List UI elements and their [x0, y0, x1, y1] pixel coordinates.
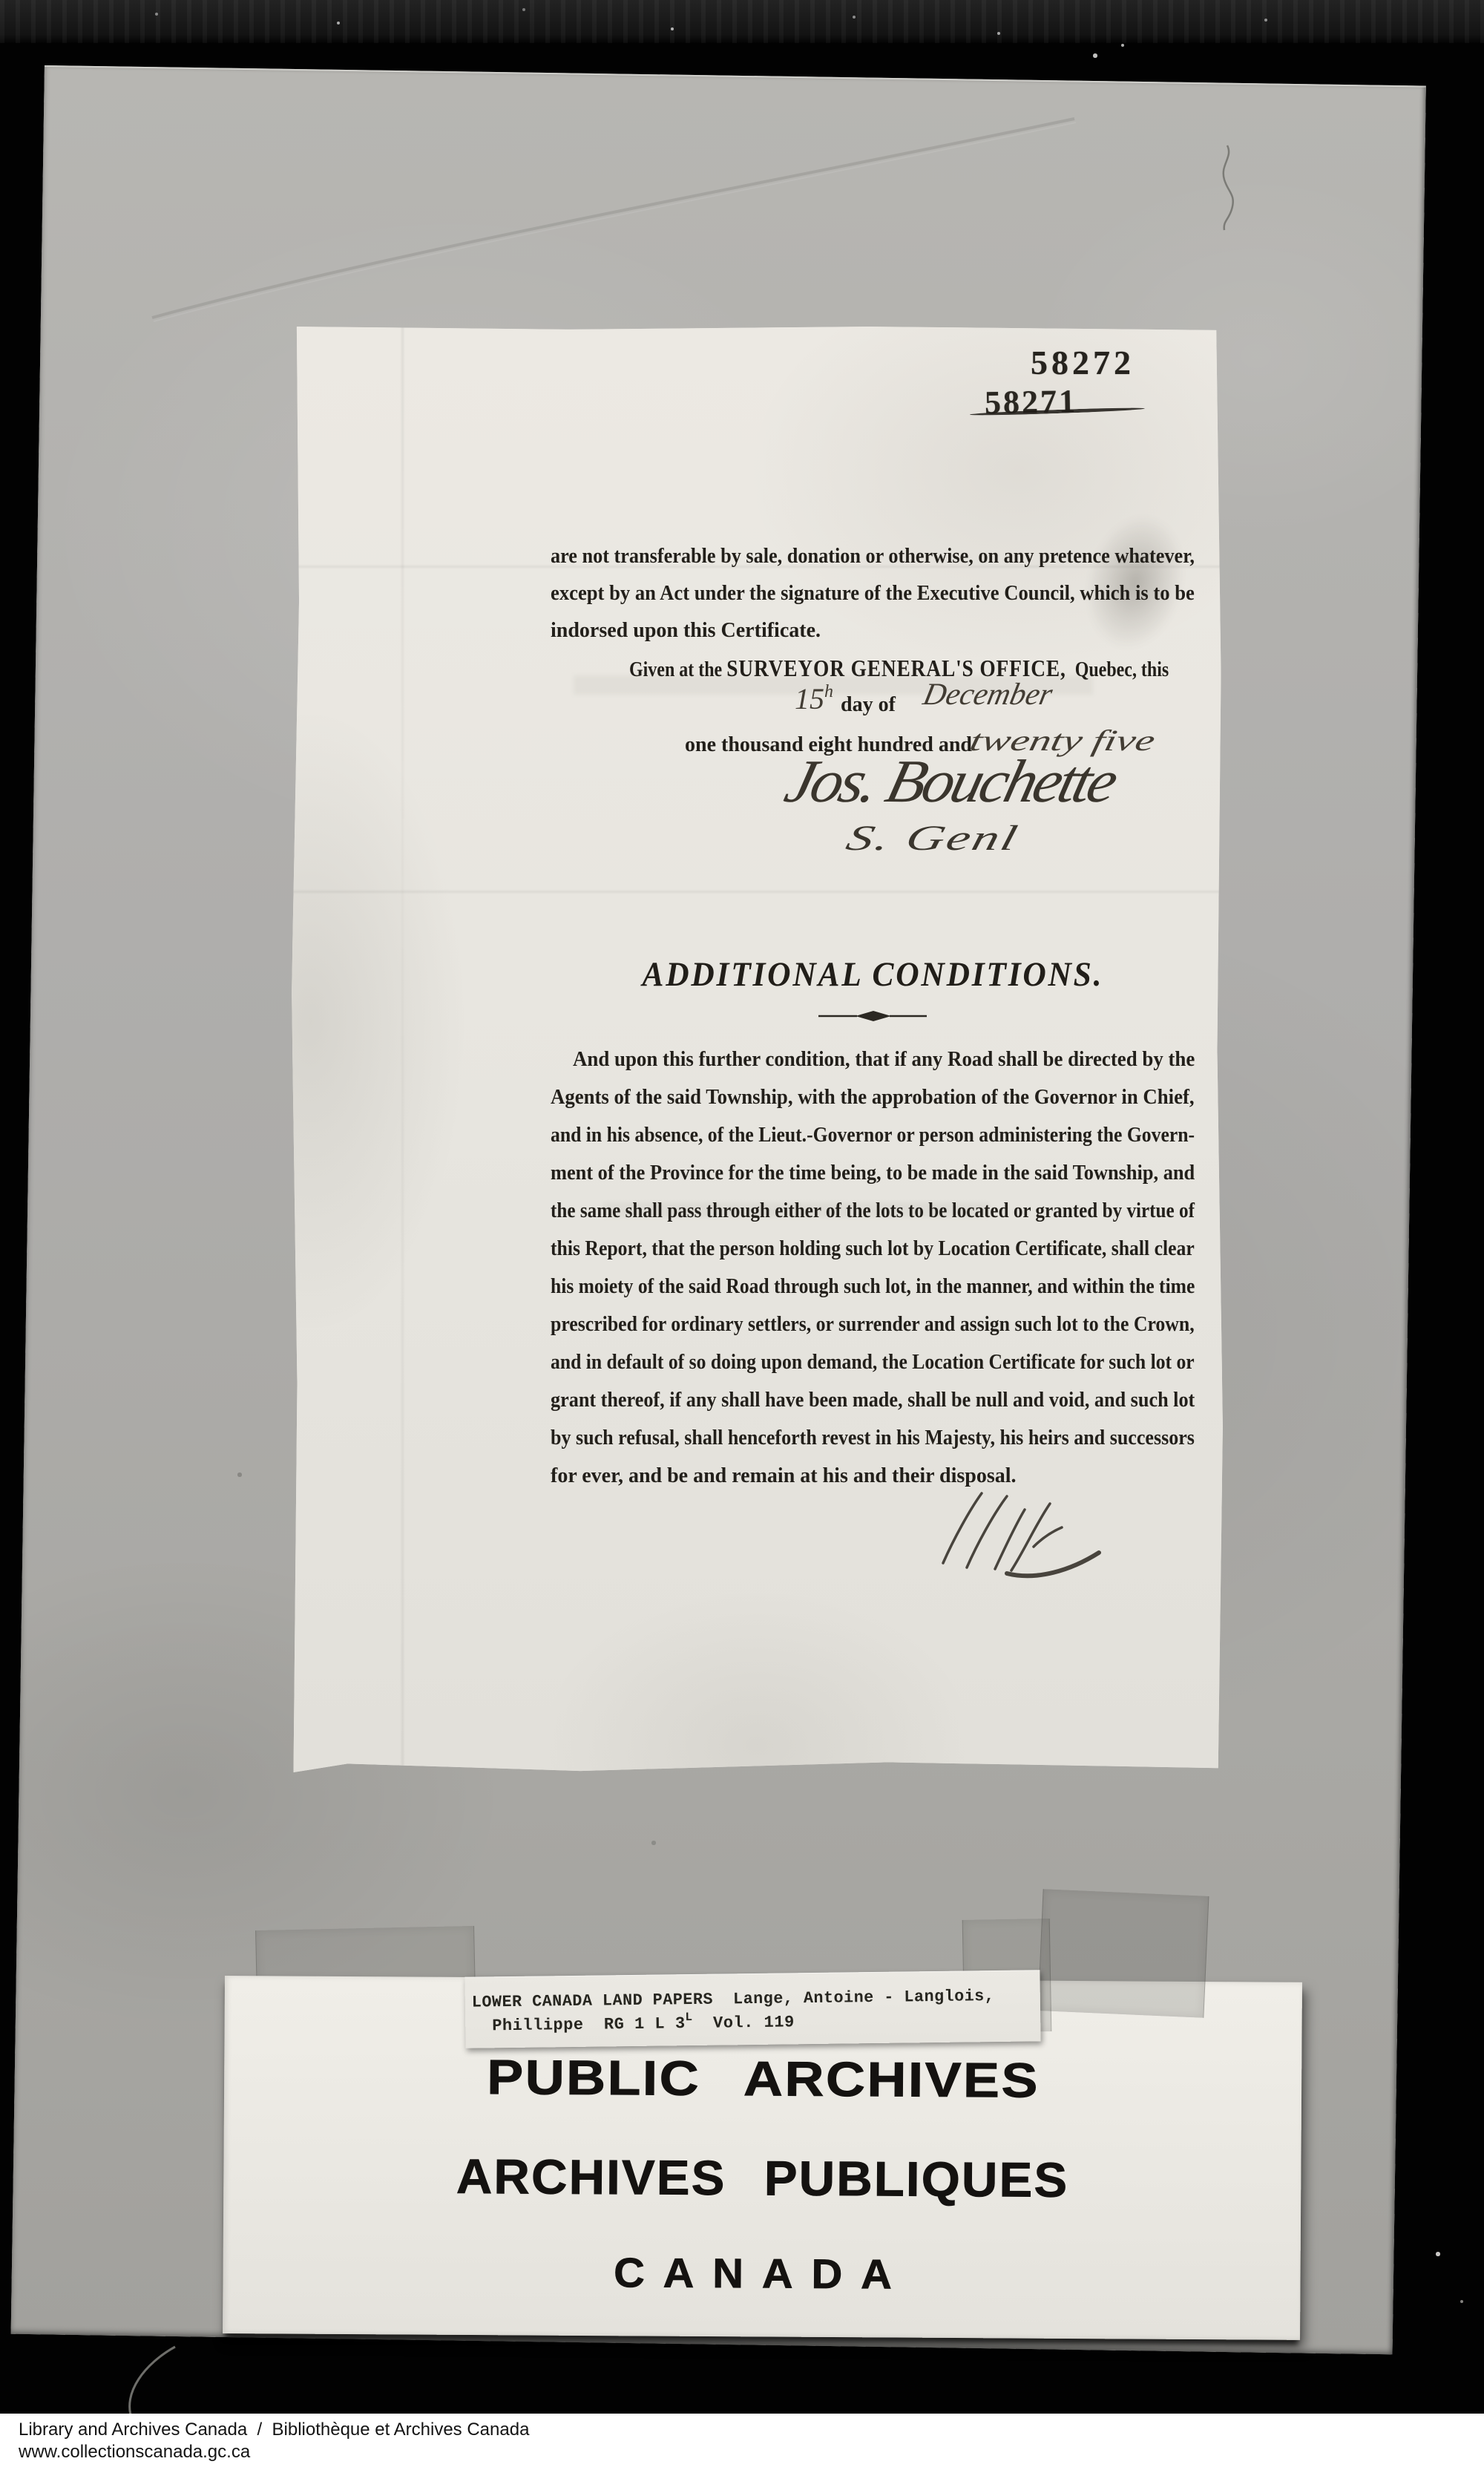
registry-number-stamp: 58272	[1031, 343, 1135, 382]
dust-specks-dark	[0, 0, 1, 1]
body-line: and in his absence, of the Lieut.-Govern…	[551, 1124, 1195, 1162]
horizontal-fold-crease	[292, 891, 1223, 893]
reference-line-1: LOWER CANADA LAND PAPERS Lange, Antoine …	[472, 1987, 1001, 2012]
intro-paragraph: are not transferable by sale, donation o…	[551, 545, 1195, 656]
body-line: Agents of the said Township, with the ap…	[551, 1086, 1195, 1124]
card-line-canada: CANADA	[223, 2246, 1300, 2301]
footer-website-url: www.collectionscanada.gc.ca	[19, 2442, 250, 2463]
body-line: prescribed for ordinary settlers, or sur…	[551, 1313, 1195, 1351]
card-line-archives-publiques: ARCHIVES PUBLIQUES	[223, 2146, 1301, 2209]
reference-superscript: L	[685, 2011, 692, 2024]
vertical-fold-crease	[401, 327, 404, 1774]
handwritten-day: 15h	[795, 681, 833, 716]
handwritten-month: December	[920, 677, 1056, 712]
body-line: grant thereof, if any shall have been ma…	[551, 1389, 1195, 1426]
given-at-line: Given at the SURVEYOR GENERAL'S OFFICE, …	[629, 655, 1178, 682]
film-strip-texture	[0, 0, 1484, 43]
body-line: and in default of so doing upon demand, …	[551, 1351, 1195, 1389]
card-line-public-archives: PUBLIC ARCHIVES	[224, 2047, 1301, 2110]
registry-number-crossed-out: 58271	[985, 382, 1078, 422]
footer-banner: Library and Archives Canada / Bibliothèq…	[0, 2414, 1484, 2470]
section-heading: ADDITIONAL CONDITIONS.	[551, 954, 1195, 995]
intro-line: except by an Act under the signature of …	[551, 582, 1195, 619]
body-line: this Report, that the person holding suc…	[551, 1237, 1195, 1275]
given-suffix: Quebec, this	[1066, 658, 1169, 681]
body-line: the same shall pass through either of th…	[551, 1199, 1195, 1237]
intro-line: indorsed upon this Certificate.	[551, 619, 1195, 656]
intro-line: are not transferable by sale, donation o…	[551, 545, 1195, 582]
reference-label: LOWER CANADA LAND PAPERS Lange, Antoine …	[464, 1970, 1040, 2048]
body-line: his moiety of the said Road through such…	[551, 1275, 1195, 1313]
divider-ornament	[817, 1009, 928, 1023]
scan-frame: 58272 58271 are not transferable by sale…	[0, 0, 1484, 2470]
reference-line-2: Phillippe RG 1 L 3L Vol. 119	[492, 2013, 795, 2035]
document-page: 58272 58271 are not transferable by sale…	[292, 327, 1223, 1774]
body-line: And upon this further condition, that if…	[551, 1048, 1195, 1086]
footer-institution-names: Library and Archives Canada / Bibliothèq…	[19, 2420, 529, 2440]
initials-flourish	[924, 1475, 1102, 1579]
given-prefix: Given at the	[629, 658, 726, 681]
signature: Jos. Bouchette	[778, 747, 1091, 816]
conditions-paragraph: And upon this further condition, that if…	[551, 1048, 1195, 1502]
day-of-label: day of	[841, 693, 896, 717]
signature-title: S. Genl	[842, 818, 957, 859]
body-line: by such refusal, shall henceforth revest…	[551, 1426, 1195, 1464]
tape-strip-right	[1038, 1889, 1209, 2018]
day-ordinal-suffix: h	[824, 682, 833, 701]
body-line: ment of the Province for the time being,…	[551, 1162, 1195, 1199]
